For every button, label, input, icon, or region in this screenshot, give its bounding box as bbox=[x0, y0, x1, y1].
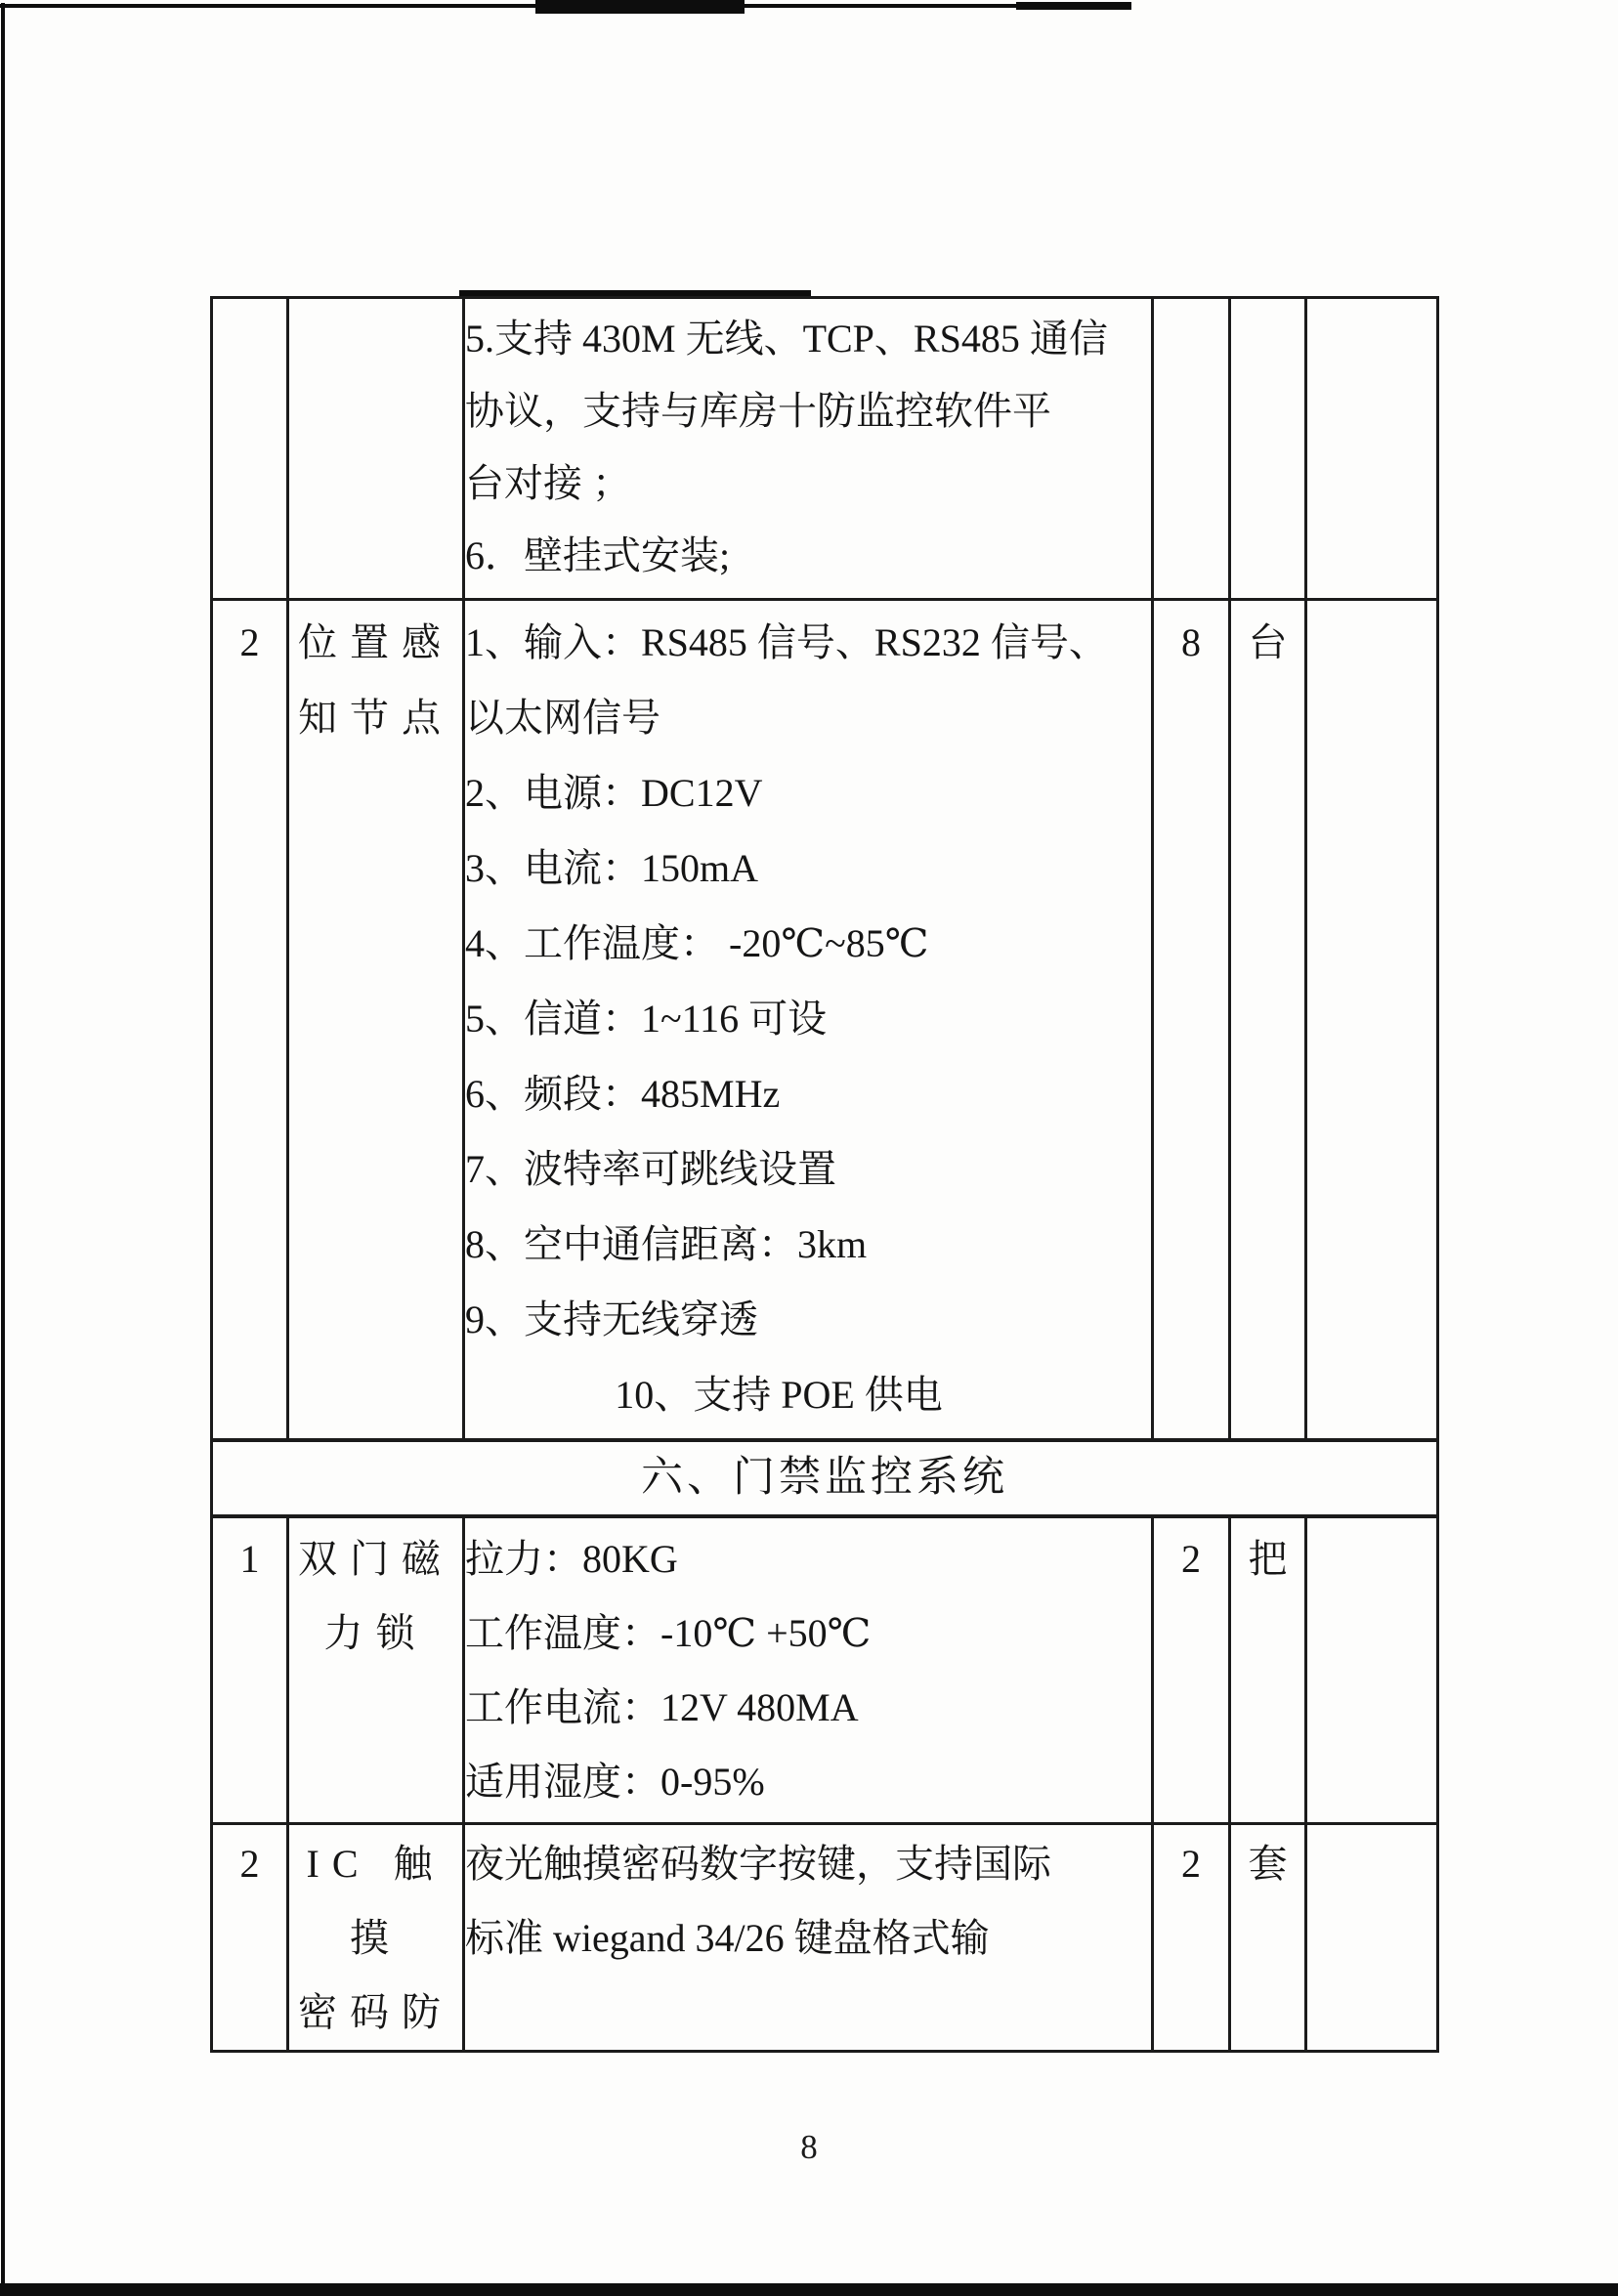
scan-artifact-top-blob bbox=[1016, 2, 1131, 10]
spec-line: 1、输入：RS485 信号、RS232 信号、 bbox=[465, 605, 1151, 680]
page-number: 8 bbox=[0, 2128, 1618, 2167]
item-name-line: 双门磁 bbox=[289, 1522, 462, 1596]
spec-cell: 拉力：80KG 工作温度：-10℃ +50℃ 工作电流：12V 480MA 适用… bbox=[464, 1516, 1153, 1824]
spec-line: 工作电流：12V 480MA bbox=[465, 1671, 1151, 1745]
item-name-line: 知节点 bbox=[289, 680, 462, 755]
seq-cell: 2 bbox=[212, 600, 288, 1440]
table-row: 5.支持 430M 无线、TCP、RS485 通信 协议，支持与库房十防监控软件… bbox=[212, 298, 1438, 600]
unit-cell: 把 bbox=[1230, 1516, 1306, 1824]
document-page: 5.支持 430M 无线、TCP、RS485 通信 协议，支持与库房十防监控软件… bbox=[0, 0, 1618, 2296]
spec-cell: 1、输入：RS485 信号、RS232 信号、 以太网信号 2、电源：DC12V… bbox=[464, 600, 1153, 1440]
scan-artifact-bottom-border bbox=[0, 2283, 1618, 2296]
item-name-cell: IC 触摸 密码防 bbox=[288, 1824, 464, 2052]
spec-line: 8、空中通信距离：3km bbox=[465, 1207, 1151, 1282]
item-name-cell: 位置感 知节点 bbox=[288, 600, 464, 1440]
remark-cell bbox=[1306, 600, 1438, 1440]
equipment-spec-table: 5.支持 430M 无线、TCP、RS485 通信 协议，支持与库房十防监控软件… bbox=[210, 296, 1439, 2053]
spec-line: 以太网信号 bbox=[465, 680, 1151, 755]
unit-cell: 台 bbox=[1230, 600, 1306, 1440]
spec-line: 5.支持 430M 无线、TCP、RS485 通信 bbox=[465, 303, 1151, 375]
section-header-cell: 六、门禁监控系统 bbox=[212, 1440, 1438, 1516]
spec-line: 5、信道：1~116 可设 bbox=[465, 981, 1151, 1056]
spec-line: 协议，支持与库房十防监控软件平 bbox=[465, 375, 1151, 447]
scan-artifact-top-blob bbox=[535, 0, 745, 14]
spec-line: 4、工作温度： -20℃~85℃ bbox=[465, 906, 1151, 981]
spec-line: 7、波特率可跳线设置 bbox=[465, 1131, 1151, 1207]
spec-line: 9、支持无线穿透 bbox=[465, 1282, 1151, 1357]
spec-line: 10、支持 POE 供电 bbox=[465, 1357, 1151, 1432]
unit-cell: 套 bbox=[1230, 1824, 1306, 2052]
spec-line: 6．壁挂式安装; bbox=[465, 520, 1151, 592]
qty-cell: 8 bbox=[1153, 600, 1230, 1440]
spec-line: 台对接 ； bbox=[465, 447, 1151, 520]
section-header-row: 六、门禁监控系统 bbox=[212, 1440, 1438, 1516]
item-name-line: IC 触摸 bbox=[289, 1827, 462, 1976]
scan-artifact-left-border bbox=[1, 3, 5, 2296]
spec-line: 适用湿度：0-95% bbox=[465, 1745, 1151, 1819]
seq-cell: 1 bbox=[212, 1516, 288, 1824]
item-name-line: 位置感 bbox=[289, 605, 462, 680]
unit-cell bbox=[1230, 298, 1306, 600]
remark-cell bbox=[1306, 1824, 1438, 2052]
qty-cell: 2 bbox=[1153, 1516, 1230, 1824]
spec-cell: 夜光触摸密码数字按键，支持国际 标准 wiegand 34/26 键盘格式输 bbox=[464, 1824, 1153, 2052]
qty-cell: 2 bbox=[1153, 1824, 1230, 2052]
item-name-line: 力锁 bbox=[289, 1596, 462, 1671]
table-row: 2 位置感 知节点 1、输入：RS485 信号、RS232 信号、 以太网信号 … bbox=[212, 600, 1438, 1440]
table-row: 2 IC 触摸 密码防 夜光触摸密码数字按键，支持国际 标准 wiegand 3… bbox=[212, 1824, 1438, 2052]
remark-cell bbox=[1306, 298, 1438, 600]
spec-line: 工作温度：-10℃ +50℃ bbox=[465, 1596, 1151, 1671]
spec-line: 标准 wiegand 34/26 键盘格式输 bbox=[465, 1901, 1151, 1976]
seq-cell: 2 bbox=[212, 1824, 288, 2052]
table-row: 1 双门磁 力锁 拉力：80KG 工作温度：-10℃ +50℃ 工作电流：12V… bbox=[212, 1516, 1438, 1824]
seq-cell bbox=[212, 298, 288, 600]
item-name-line: 密码防 bbox=[289, 1976, 462, 2050]
item-name-cell: 双门磁 力锁 bbox=[288, 1516, 464, 1824]
spec-line: 拉力：80KG bbox=[465, 1522, 1151, 1596]
remark-cell bbox=[1306, 1516, 1438, 1824]
item-name-cell bbox=[288, 298, 464, 600]
spec-line: 6、频段：485MHz bbox=[465, 1056, 1151, 1131]
spec-line: 3、电流：150mA bbox=[465, 830, 1151, 906]
qty-cell bbox=[1153, 298, 1230, 600]
spec-line: 2、电源：DC12V bbox=[465, 755, 1151, 830]
spec-line: 夜光触摸密码数字按键，支持国际 bbox=[465, 1827, 1151, 1901]
spec-cell: 5.支持 430M 无线、TCP、RS485 通信 协议，支持与库房十防监控软件… bbox=[464, 298, 1153, 600]
